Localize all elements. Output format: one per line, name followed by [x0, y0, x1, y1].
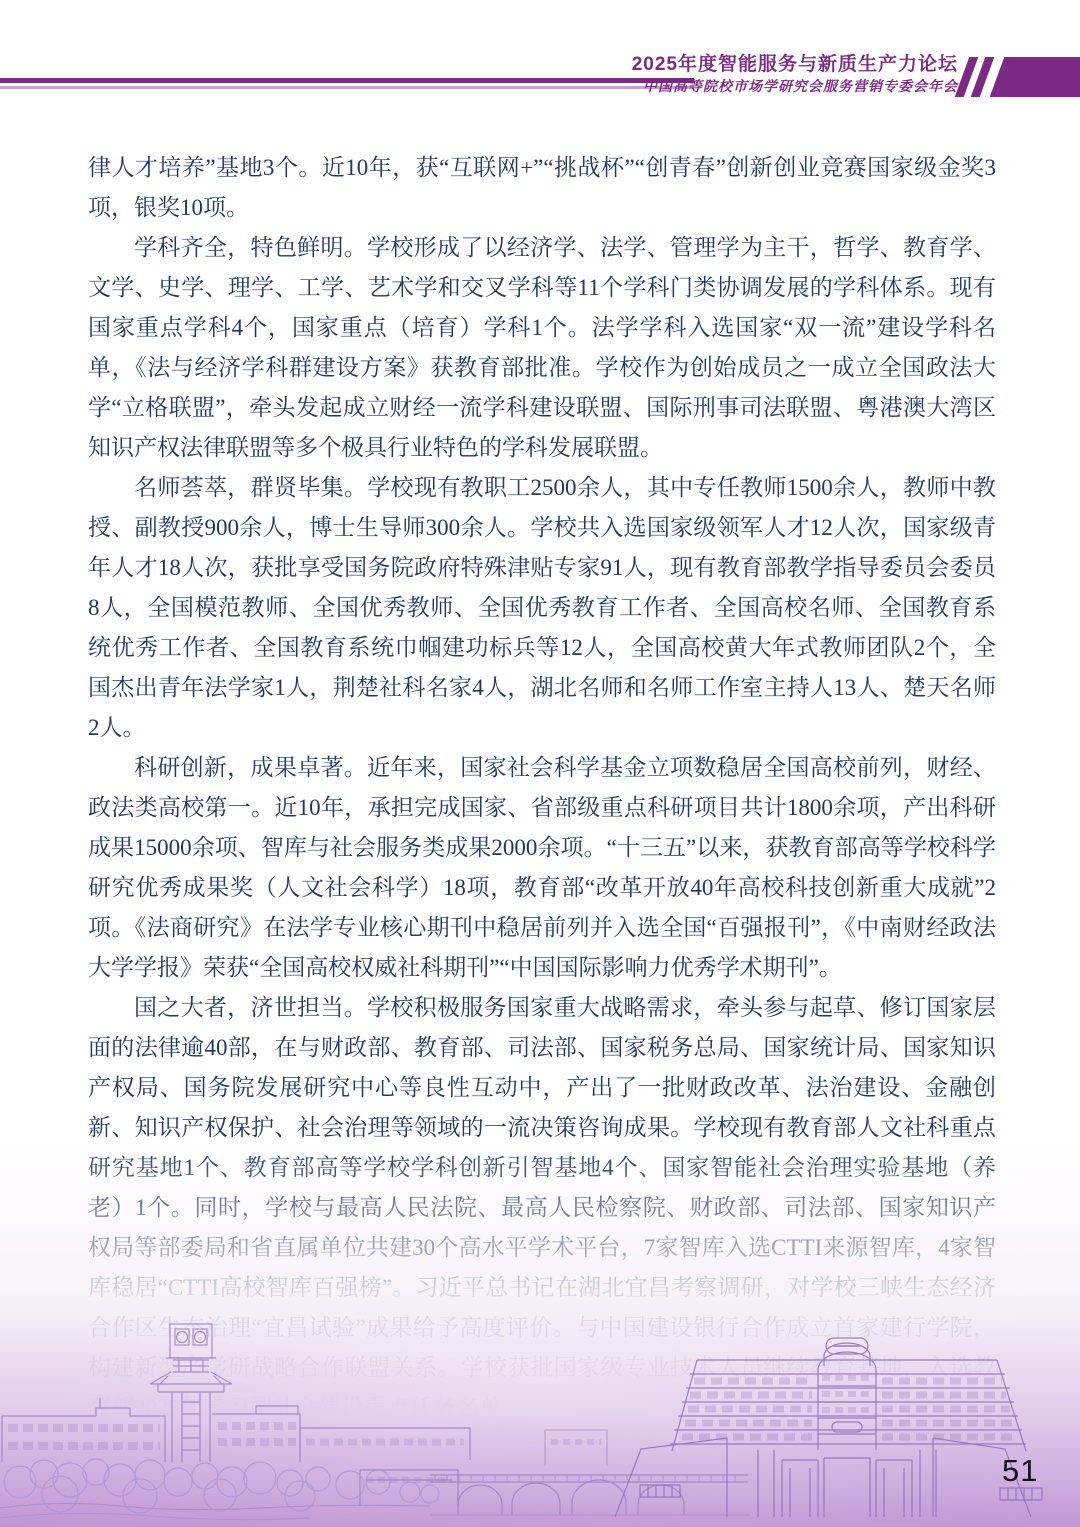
header-rule-dark [0, 78, 694, 83]
page-number: 51 [1002, 1453, 1038, 1489]
paragraph-continuation: 律人才培养”基地3个。近10年，获“互联网+”“挑战杯”“创青春”创新创业竞赛国… [88, 148, 996, 228]
header-rule-light [0, 86, 694, 89]
paragraph-disciplines: 学科齐全，特色鲜明。学校形成了以经济学、法学、管理学为主干，哲学、教育学、文学、… [88, 228, 996, 468]
campus-gate-building-illustration [545, 1338, 1042, 1517]
document-page: 2025年度智能服务与新质生产力论坛 中国高等院校市场学研究会服务营销专委会年会… [0, 0, 1080, 1527]
forum-title: 2025年度智能服务与新质生产力论坛 [632, 54, 958, 76]
paragraph-faculty: 名师荟萃，群贤毕集。学校现有教职工2500余人，其中专任教师1500余人，教师中… [88, 468, 996, 748]
campus-line-art [0, 1310, 1080, 1527]
header-titles: 2025年度智能服务与新质生产力论坛 中国高等院校市场学研究会服务营销专委会年会 [632, 54, 958, 96]
conference-subtitle: 中国高等院校市场学研究会服务营销专委会年会 [632, 79, 958, 96]
bridge-illustration [430, 1475, 750, 1515]
header-bar-decoration [990, 57, 1080, 97]
paragraph-research: 科研创新，成果卓著。近年来，国家社会科学基金立项数稳居全国高校前列，财经、政法类… [88, 748, 996, 988]
